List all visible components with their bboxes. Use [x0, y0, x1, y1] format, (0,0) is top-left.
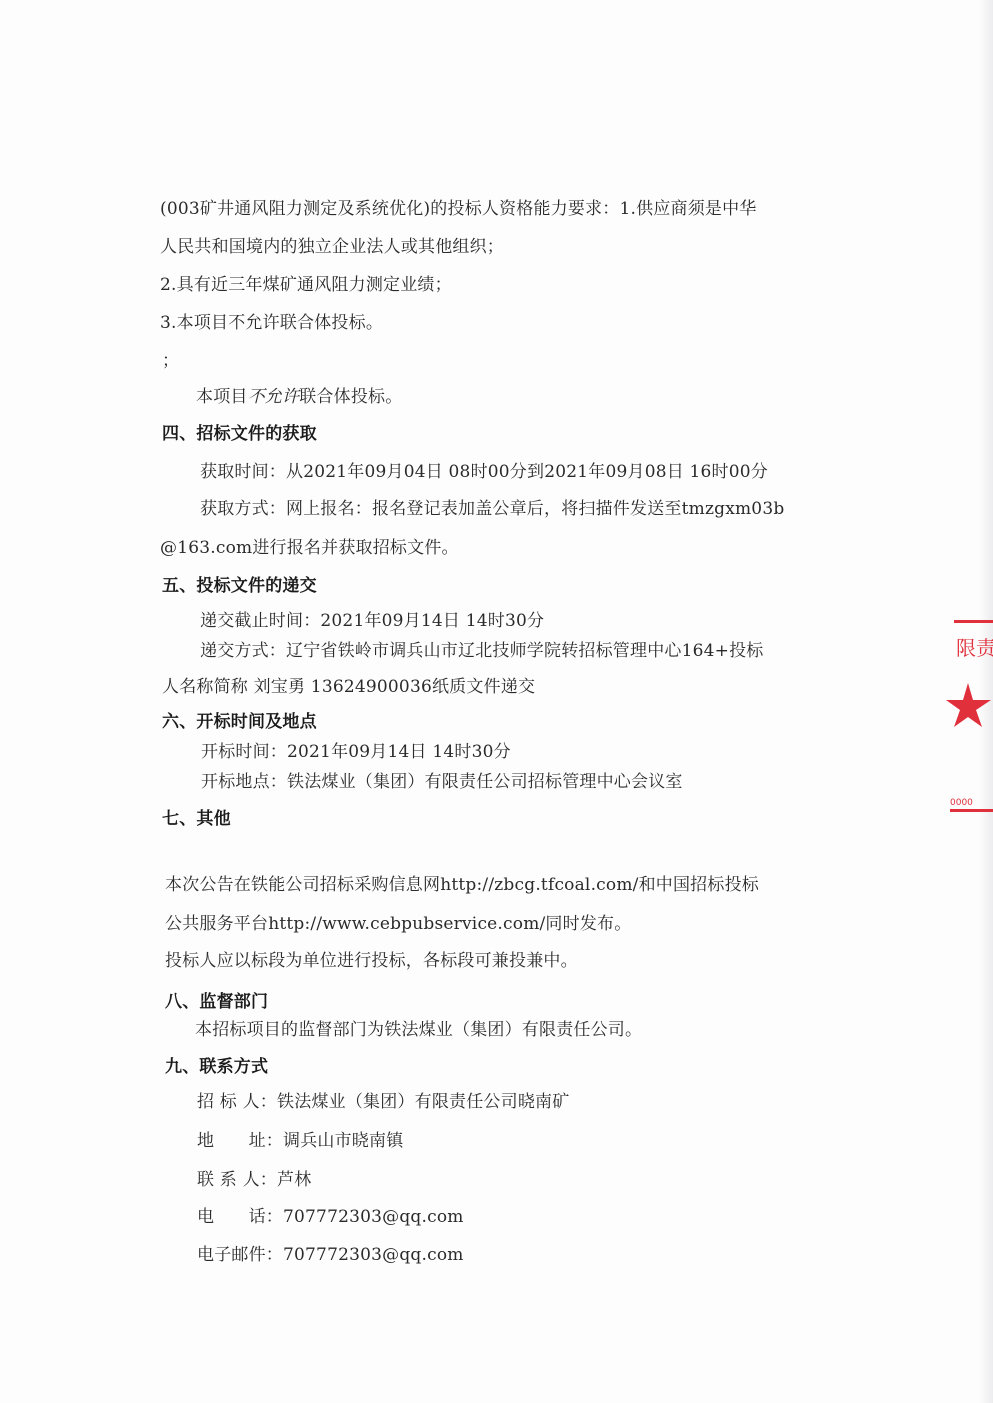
consortium-note: 本项目不允许联合体投标。: [196, 386, 402, 408]
requirements-line-3: 2.具有近三年煤矿通风阻力测定业绩；: [160, 274, 452, 296]
seal-text: 限责: [956, 636, 993, 660]
section-4-method-line-2: @163.com进行报名并获取招标文件。: [160, 537, 459, 559]
consortium-prefix: 本项目: [196, 387, 248, 407]
contact-value: 调兵山市晓南镇: [283, 1131, 403, 1151]
requirements-line-2: 人民共和国境内的独立企业法人或其他组织；: [160, 236, 504, 258]
consortium-italic: 不允许: [248, 387, 300, 407]
section-5-method-line-1: 递交方式：辽宁省铁岭市调兵山市辽北技师学院转招标管理中心164+投标: [200, 640, 764, 662]
contact-row: 电 话：707772303@qq.com: [197, 1206, 464, 1228]
requirements-line-1: (003矿井通风阻力测定及系统优化)的投标人资格能力要求：1.供应商须是中华: [160, 198, 757, 220]
contact-label: 联 系 人：: [197, 1170, 277, 1190]
section-8-text: 本招标项目的监督部门为铁法煤业（集团）有限责任公司。: [195, 1019, 642, 1041]
section-6-place: 开标地点：铁法煤业（集团）有限责任公司招标管理中心会议室: [201, 771, 683, 793]
section-8-title: 八、监督部门: [165, 991, 268, 1013]
requirements-line-5: ；: [162, 350, 179, 372]
section-7-line-2: 公共服务平台http://www.cebpubservice.com/同时发布。: [165, 913, 631, 935]
company-seal-partial: 限责 0000: [946, 615, 993, 815]
contact-value: 芦林: [277, 1170, 311, 1190]
contact-label: 地 址：: [197, 1131, 283, 1151]
requirements-line-4: 3.本项目不允许联合体投标。: [160, 312, 383, 334]
section-9-title: 九、联系方式: [165, 1056, 268, 1078]
contact-label: 招 标 人：: [197, 1092, 277, 1112]
contact-row: 地 址：调兵山市晓南镇: [197, 1130, 403, 1152]
contact-value: 707772303@qq.com: [283, 1207, 464, 1227]
section-4-method-line-1: 获取方式：网上报名：报名登记表加盖公章后，将扫描件发送至tmzgxm03b: [200, 498, 784, 520]
section-6-title: 六、开标时间及地点: [162, 711, 317, 733]
seal-star-icon: 限责 0000: [946, 615, 993, 815]
section-7-title: 七、其他: [162, 808, 231, 830]
section-5-title: 五、投标文件的递交: [162, 575, 317, 597]
seal-digits: 0000: [950, 798, 973, 808]
section-4-title: 四、招标文件的获取: [162, 423, 317, 445]
contact-value: 铁法煤业（集团）有限责任公司晓南矿: [277, 1092, 569, 1112]
section-7-line-1: 本次公告在铁能公司招标采购信息网http://zbcg.tfcoal.com/和…: [165, 874, 759, 896]
section-6-time: 开标时间：2021年09月14日 14时30分: [201, 741, 511, 763]
contact-row: 联 系 人：芦林: [197, 1169, 311, 1191]
section-7-line-3: 投标人应以标段为单位进行投标，各标段可兼投兼中。: [165, 950, 578, 972]
contact-label: 电子邮件：: [197, 1245, 283, 1265]
contact-row: 电子邮件：707772303@qq.com: [197, 1244, 464, 1266]
consortium-suffix: 联合体投标。: [299, 387, 402, 407]
contact-value: 707772303@qq.com: [283, 1245, 464, 1265]
section-4-time: 获取时间：从2021年09月04日 08时00分到2021年09月08日 16时…: [200, 461, 768, 483]
section-5-deadline: 递交截止时间：2021年09月14日 14时30分: [200, 610, 544, 632]
contact-label: 电 话：: [197, 1207, 283, 1227]
section-5-method-line-2: 人名称简称 刘宝勇 13624900036纸质文件递交: [162, 676, 535, 698]
contact-row: 招 标 人：铁法煤业（集团）有限责任公司晓南矿: [197, 1091, 569, 1113]
